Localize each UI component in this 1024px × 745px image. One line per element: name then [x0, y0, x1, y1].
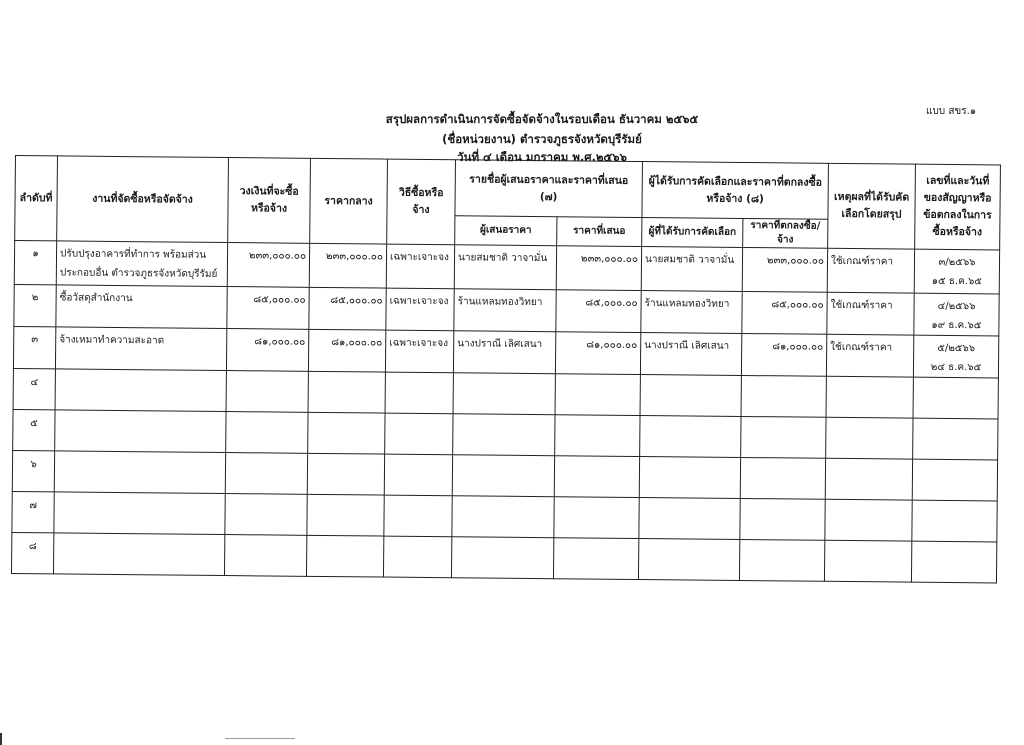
empty-cell	[741, 375, 826, 417]
col-header-budget: วงเงินที่จะซื้อหรือจ้าง	[228, 158, 311, 244]
agreed-price: ๒๓๓,๐๐๐.๐๐	[742, 247, 827, 292]
selection-reason: ใช้เกณฑ์ราคา	[826, 334, 913, 377]
empty-cell	[384, 454, 452, 496]
scan-artifact	[225, 738, 295, 739]
contract-info: ๕/๒๕๖๖๒๔ ธ.ค.๖๕	[913, 335, 998, 378]
empty-cell	[638, 539, 739, 581]
budget-amount: ๘๕,๐๐๐.๐๐	[227, 287, 309, 330]
empty-cell	[740, 498, 825, 540]
col-header-method: วิธีซื้อหรือจ้าง	[387, 159, 456, 245]
empty-cell	[740, 457, 825, 499]
empty-cell	[383, 536, 451, 578]
work-description: จ้างเหมาทำความสะอาด	[55, 327, 226, 371]
work-description: ซื้อวัสดุสำนักงาน	[56, 285, 227, 329]
empty-cell	[555, 374, 640, 416]
row-number: ๗	[12, 491, 54, 532]
empty-cell	[639, 498, 740, 540]
row-number: ๓	[13, 326, 55, 368]
procurement-table: ลำดับที่ งานที่จัดซื้อหรือจัดจ้าง วงเงิน…	[11, 155, 1001, 583]
selected-vendor: นางปราณี เลิศเสนา	[640, 333, 741, 376]
contract-number: ๓/๒๕๖๖	[918, 253, 996, 273]
selected-vendor: นายสมชาติ วาจามั่น	[641, 247, 742, 292]
empty-cell	[554, 456, 639, 498]
col-header-bid-price: ราคาที่เสนอ	[557, 217, 642, 247]
col-header-bidder: ผู้เสนอราคา	[455, 216, 557, 246]
empty-cell	[451, 537, 553, 579]
bid-price: ๒๓๓,๐๐๐.๐๐	[556, 246, 641, 291]
table-row-empty: ๘	[11, 532, 996, 582]
median-price: ๘๑,๐๐๐.๐๐	[308, 329, 385, 372]
contract-number: ๕/๒๕๖๖	[917, 339, 995, 359]
empty-cell	[639, 457, 740, 499]
procurement-method: เฉพาะเจาะจง	[386, 244, 454, 289]
budget-amount: ๒๓๓,๐๐๐.๐๐	[227, 243, 309, 288]
empty-cell	[452, 496, 554, 538]
empty-cell	[226, 371, 308, 413]
empty-cell	[826, 376, 913, 418]
bidder-name: นายสมชาติ วาจามั่น	[454, 245, 556, 290]
budget-amount: ๘๑,๐๐๐.๐๐	[226, 329, 308, 372]
bidder-name: ร้านแหลมทองวิทยา	[454, 289, 556, 332]
empty-cell	[453, 414, 555, 456]
row-number: ๕	[13, 409, 55, 450]
empty-cell	[741, 416, 826, 458]
row-number: ๒	[14, 284, 56, 326]
empty-cell	[306, 535, 383, 577]
agreed-price: ๘๑,๐๐๐.๐๐	[741, 333, 826, 376]
empty-cell	[825, 499, 912, 541]
empty-cell	[553, 538, 638, 580]
agreed-price: ๘๕,๐๐๐.๐๐	[742, 291, 827, 334]
empty-cell	[911, 541, 996, 583]
contract-number: ๔/๒๕๖๖	[917, 297, 995, 317]
row-number: ๔	[13, 368, 55, 409]
empty-cell	[825, 458, 912, 500]
row-number: ๑	[14, 241, 56, 285]
empty-cell	[55, 410, 226, 453]
row-number: ๘	[11, 532, 53, 573]
empty-cell	[385, 413, 453, 455]
empty-cell	[225, 453, 307, 495]
empty-cell	[307, 494, 384, 536]
contract-info: ๔/๒๕๖๖๑๙ ธ.ค.๖๕	[914, 293, 999, 336]
empty-cell	[54, 451, 225, 494]
work-description: ปรับปรุงอาคารที่ทำการ พร้อมส่วนประกอบอื่…	[56, 241, 227, 287]
empty-cell	[453, 373, 555, 415]
procurement-method: เฉพาะเจาะจง	[386, 288, 454, 331]
col-header-selected: ผู้ที่ได้รับการคัดเลือก	[642, 218, 743, 248]
median-price: ๒๓๓,๐๐๐.๐๐	[309, 243, 386, 288]
empty-cell	[555, 415, 640, 457]
col-header-no: ลำดับที่	[15, 156, 58, 241]
procurement-summary-sheet: ลำดับที่ งานที่จัดซื้อหรือจัดจ้าง วงเงิน…	[11, 155, 1001, 583]
empty-cell	[225, 494, 307, 536]
empty-cell	[54, 492, 225, 535]
empty-cell	[640, 416, 741, 458]
document-title: สรุปผลการดำเนินการจัดซื้อจัดจ้างในรอบเดื…	[30, 111, 1024, 129]
empty-cell	[307, 453, 384, 495]
selected-vendor: ร้านแหลมทองวิทยา	[641, 291, 742, 334]
contract-date: ๒๔ ธ.ค.๖๕	[917, 358, 995, 378]
contract-info: ๓/๒๕๖๖๑๕ ธ.ค.๖๕	[914, 249, 999, 294]
empty-cell	[226, 412, 308, 454]
empty-cell	[385, 372, 453, 414]
median-price: ๘๕,๐๐๐.๐๐	[309, 287, 386, 330]
col-header-work: งานที่จัดซื้อหรือจัดจ้าง	[57, 156, 229, 243]
contract-date: ๑๕ ธ.ค.๖๕	[918, 272, 996, 292]
empty-cell	[824, 540, 911, 582]
empty-cell	[640, 375, 741, 417]
row-number: ๖	[12, 450, 54, 491]
procurement-method: เฉพาะเจาะจง	[385, 330, 453, 373]
col-header-median-price: ราคากลาง	[310, 158, 388, 244]
empty-cell	[739, 539, 824, 581]
scan-artifact-corner	[0, 733, 2, 745]
bid-price: ๘๕,๐๐๐.๐๐	[556, 290, 641, 333]
empty-cell	[826, 417, 913, 459]
empty-cell	[913, 418, 998, 460]
empty-cell	[554, 497, 639, 539]
empty-cell	[53, 533, 224, 576]
col-header-contract: เลขที่และวันที่ของสัญญาหรือข้อตกลงในการซ…	[915, 164, 1001, 250]
bid-price: ๘๑,๐๐๐.๐๐	[555, 332, 640, 375]
bidder-name: นางปราณี เลิศเสนา	[453, 331, 555, 374]
col-header-bidders-group: รายชื่อผู้เสนอราคาและราคาที่เสนอ (๗)	[455, 160, 643, 218]
empty-cell	[224, 535, 306, 577]
empty-cell	[308, 371, 385, 413]
col-header-selected-group: ผู้ได้รับการคัดเลือกและราคาที่ตกลงซื้อหร…	[642, 162, 829, 220]
empty-cell	[912, 459, 997, 501]
empty-cell	[452, 455, 554, 497]
agency-name: (ชื่อหน่วยงาน) ตำรวจภูธรจังหวัดบุรีรัมย์	[30, 131, 1024, 149]
col-header-agreed-price: ราคาที่ตกลงซื้อ/จ้าง	[743, 218, 828, 248]
empty-cell	[384, 495, 452, 537]
empty-cell	[308, 412, 385, 454]
empty-cell	[913, 377, 998, 419]
empty-cell	[55, 369, 226, 412]
selection-reason: ใช้เกณฑ์ราคา	[827, 248, 914, 293]
col-header-reason: เหตุผลที่ได้รับคัดเลือกโดยสรุป	[828, 163, 916, 249]
empty-cell	[912, 500, 997, 542]
selection-reason: ใช้เกณฑ์ราคา	[827, 292, 914, 335]
contract-date: ๑๙ ธ.ค.๖๕	[917, 316, 995, 336]
